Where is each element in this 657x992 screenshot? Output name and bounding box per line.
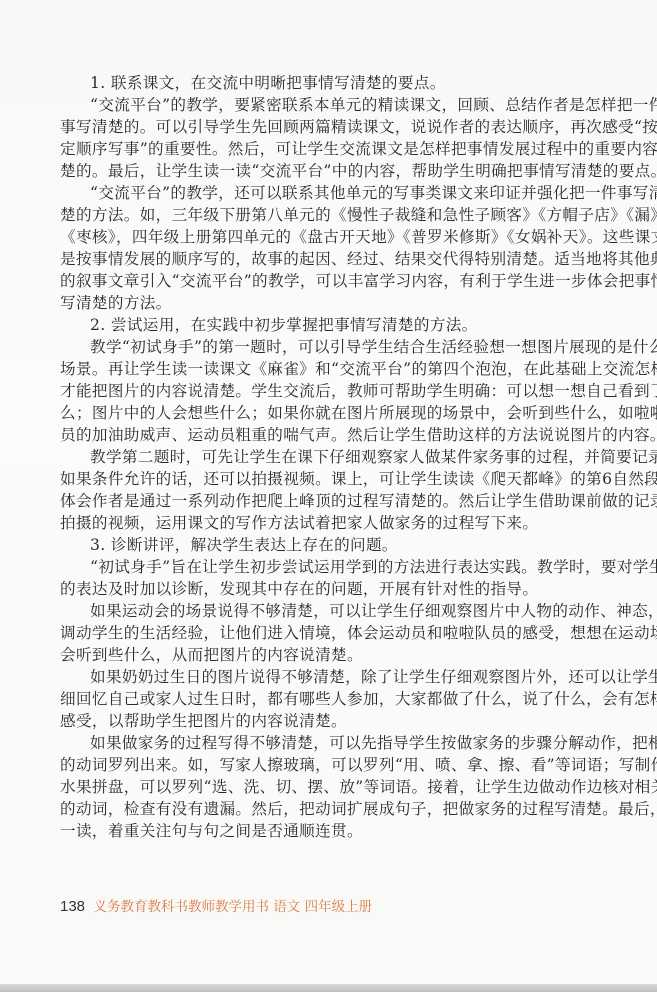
section-heading: 1. 联系课文，在交流中明晰把事情写清楚的要点。 [60,72,612,94]
paragraph-line: 写清楚的方法。 [60,292,612,314]
paragraph-line: 场景。再让学生读一读课文《麻雀》和“交流平台”的第四个泡泡，在此基础上交流怎样 [60,358,612,380]
paragraph-line: 调动学生的生活经验，让他们进入情境，体会运动员和啦啦队员的感受，想想在运动场上 [60,622,612,644]
scan-edge [0,984,657,992]
paragraph-first-line: 教学第二题时，可先让学生在课下仔细观察家人做某件家务事的过程，并简要记录。 [60,446,612,468]
paragraph-line: 如果条件允许的话，还可以拍摄视频。课上，可让学生读读《爬天都峰》的第6自然段， [60,468,612,490]
paragraph-line: 的动词罗列出来。如，写家人擦玻璃，可以罗列“用、喷、拿、擦、看”等词语；写制作 [60,754,612,776]
paragraph-line: 细回忆自己或家人过生日时，都有哪些人参加，大家都做了什么，说了什么，会有怎样的 [60,688,612,710]
paragraph-line: 会听到些什么，从而把图片的内容说清楚。 [60,644,612,666]
paragraph-line: 拍摄的视频，运用课文的写作方法试着把家人做家务的过程写下来。 [60,512,612,534]
paragraph-line: 楚的。最后，让学生读一读“交流平台”中的内容，帮助学生明确把事情写清楚的要点。 [60,160,612,182]
page-footer: 138 义务教育教科书教师教学用书 语文 四年级上册 [60,897,372,917]
page-number: 138 [60,898,85,915]
paragraph-line: 感受，以帮助学生把图片的内容说清楚。 [60,710,612,732]
book-title: 义务教育教科书教师教学用书 语文 四年级上册 [93,899,372,915]
paragraph-first-line: 如果奶奶过生日的图片说得不够清楚，除了让学生仔细观察图片外，还可以让学生仔 [60,666,612,688]
section-heading: 3. 诊断讲评，解决学生表达上存在的问题。 [60,534,612,556]
paragraph-line: 员的加油助威声、运动员粗重的喘气声。然后让学生借助这样的方法说说图片的内容。 [60,424,612,446]
paragraph-line: 的叙事文章引入“交流平台”的教学，可以丰富学习内容，有利于学生进一步体会把事情 [60,270,612,292]
paragraph-line: 的动词，检查有没有遗漏。然后，把动词扩展成句子，把做家务的过程写清楚。最后，读 [60,798,612,820]
paragraph-line: 定顺序写事”的重要性。然后，可让学生交流课文是怎样把事情发展过程中的重要内容写清 [60,138,612,160]
section-heading: 2. 尝试运用，在实践中初步掌握把事情写清楚的方法。 [60,314,612,336]
paragraph-line: 体会作者是通过一系列动作把爬上峰顶的过程写清楚的。然后让学生借助课前做的记录或 [60,490,612,512]
paragraph-line: 一读，着重关注句与句之间是否通顺连贯。 [60,820,612,842]
paragraph-first-line: 教学“初试身手”的第一题时，可以引导学生结合生活经验想一想图片展现的是什么 [60,336,612,358]
paragraph-line: 才能把图片的内容说清楚。学生交流后，教师可帮助学生明确：可以想一想自己看到了什 [60,380,612,402]
paragraph-line: 《枣核》，四年级上册第四单元的《盘古开天地》《普罗米修斯》《女娲补天》。这些课文… [60,226,612,248]
page-body: 1. 联系课文，在交流中明晰把事情写清楚的要点。“交流平台”的教学，要紧密联系本… [60,72,612,842]
paragraph-line: 么；图片中的人会想些什么；如果你就在图片所展现的场景中，会听到些什么，如啦啦队 [60,402,612,424]
paragraph-first-line: “交流平台”的教学，还可以联系其他单元的写事类课文来印证并强化把一件事写清 [60,182,612,204]
paragraph-first-line: “初试身手”旨在让学生初步尝试运用学到的方法进行表达实践。教学时，要对学生 [60,556,612,578]
paragraph-first-line: 如果运动会的场景说得不够清楚，可以让学生仔细观察图片中人物的动作、神态，并 [60,600,612,622]
paragraph-line: 的表达及时加以诊断，发现其中存在的问题，开展有针对性的指导。 [60,578,612,600]
paragraph-line: 楚的方法。如，三年级下册第八单元的《慢性子裁缝和急性子顾客》《方帽子店》《漏》 [60,204,612,226]
paragraph-line: 是按事情发展的顺序写的，故事的起因、经过、结果交代得特别清楚。适当地将其他典型 [60,248,612,270]
paragraph-first-line: 如果做家务的过程写得不够清楚，可以先指导学生按做家务的步骤分解动作，把相关 [60,732,612,754]
paragraph-line: 事写清楚的。可以引导学生先回顾两篇精读课文，说说作者的表达顺序，再次感受“按一 [60,116,612,138]
paragraph-line: 水果拼盘，可以罗列“选、洗、切、摆、放”等词语。接着，让学生边做动作边核对相关 [60,776,612,798]
textbook-page: 1. 联系课文，在交流中明晰把事情写清楚的要点。“交流平台”的教学，要紧密联系本… [0,0,657,984]
paragraph-first-line: “交流平台”的教学，要紧密联系本单元的精读课文，回顾、总结作者是怎样把一件 [60,94,612,116]
